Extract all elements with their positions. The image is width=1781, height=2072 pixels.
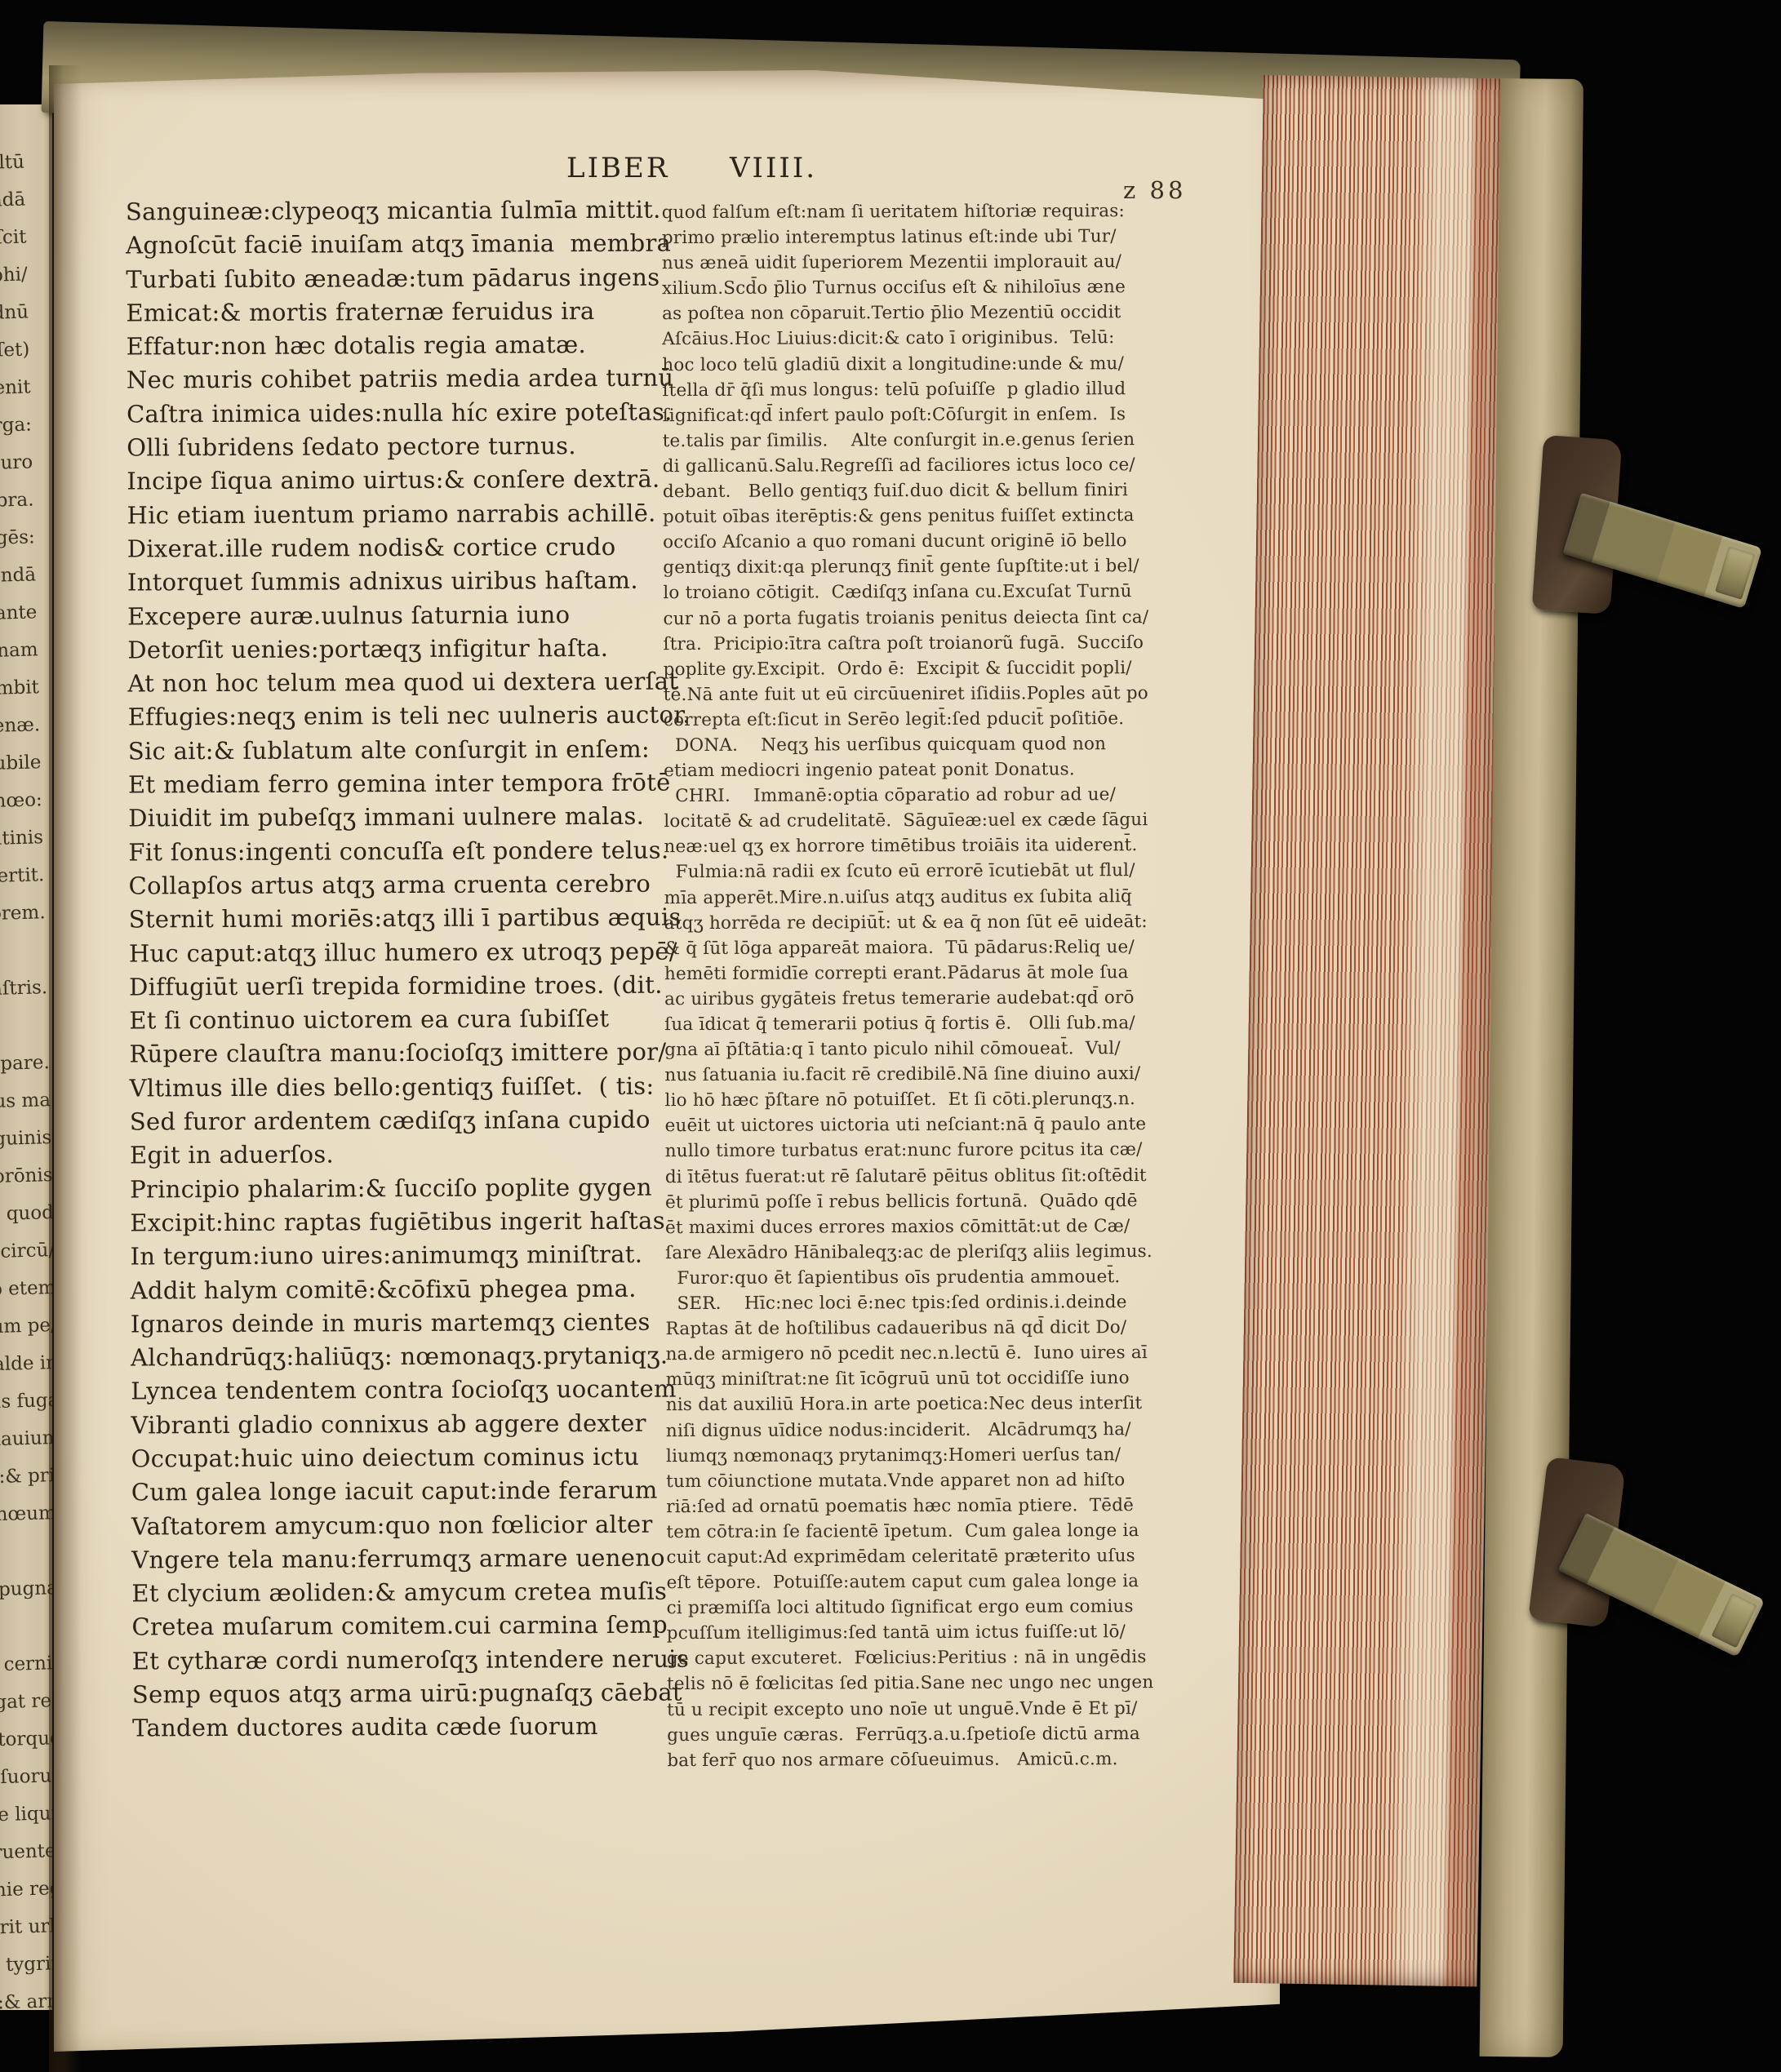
commentary-line: te.talis par ſimilis. Alte conſurgit in.… [663, 427, 1195, 454]
verse-line: Cum galea longe iacuit caput:inde feraru… [131, 1474, 693, 1510]
fragment-line: qʒ ruentes. [17, 1832, 52, 1871]
commentary-line: ſtella dr̄ q̄ſi mus longus: telū poſuiſſ… [662, 376, 1194, 403]
commentary-line: etiam mediocri ingenio pateat ponit Dona… [664, 756, 1196, 783]
fragment-line: aurea terga: [0, 406, 33, 445]
fragment-line: ritate orōnis [0, 1156, 52, 1196]
verse-line: Addit halym comitē:&cōfixū phegea pma. [131, 1271, 692, 1307]
verse-line: Intorquet ſummis adnixus uiribus haſtam. [127, 564, 689, 600]
commentary-line: tum cōiunctione mutata.Vnde apparet non … [666, 1467, 1198, 1494]
fragment-line: ia membra. [0, 481, 34, 520]
fragment-line: alarica uenit [0, 368, 31, 407]
verse-line: Nec muris cohibet patriis media ardea tu… [127, 362, 688, 397]
verse-line: Principio phalarim:& ſucciſo poplite gyg… [130, 1170, 691, 1206]
commentary-line: nus æneā uidit ſuperiorem Mezentii implo… [662, 249, 1194, 276]
fragment-line: s agat res: [13, 1682, 52, 1721]
clasp-brass-tip [1712, 1593, 1757, 1648]
verse-line: Vltimus ille dies bello:gentiqʒ fuiſſet.… [130, 1069, 691, 1105]
commentary-line: locitatē & ad crudelitatē. Sāguīeæ:uel e… [664, 807, 1196, 834]
commentary-line: correpta eſt:ſicut in Serēo legit̄:ſed p… [664, 706, 1196, 733]
commentary-line: neæ:uel qʒ ex horrore timētibus troiāis … [664, 832, 1196, 859]
verse-line: Excepere auræ.uulnus ſaturnia iuno [127, 597, 689, 633]
commentary-line: ge caput excuteret. Fœlicius:Peritius : … [667, 1644, 1199, 1671]
verse-line: Occupat:huic uino deiectum cominus ictu [131, 1440, 693, 1475]
verse-line: Caſtra inimica uides:nulla híc exire pot… [127, 395, 688, 431]
fragment-line: fixa ſub altū [0, 144, 25, 183]
fragment-line: nam cum pe/ [2, 1307, 52, 1346]
fragment-line [11, 1607, 52, 1646]
verse-line: Effugies:neqʒ enim is teli nec uulneris … [128, 699, 690, 734]
commentary-line: niſi dignus uīdice nodus:inciderit. Alcā… [666, 1416, 1198, 1443]
commentary-line: tem cōtra:in ſe facientē īpetum. Cum gal… [666, 1518, 1198, 1545]
verse-line: Semp equos atqʒ arma uirū:pugnaſqʒ cāeba… [132, 1676, 694, 1712]
verse-line: At non hoc telum mea quod ui dextera uer… [127, 665, 689, 701]
verse-line: Rūpere clauſtra manu:ſocioſqʒ imittere p… [129, 1036, 691, 1071]
verse-text-column: Sanguineæ:clypeoqʒ micantia ſulmīa mitti… [126, 193, 694, 1746]
commentary-line: euēit ut uictores uictoria uti neſciant:… [665, 1111, 1197, 1138]
fragment-line: b hoibus fuga [5, 1382, 52, 1421]
fragment-line [0, 931, 47, 970]
verse-line: Vngere tela manu:ferrumqʒ armare ueneno [131, 1541, 693, 1577]
fragment-line: olibus ante [0, 593, 38, 632]
fragment-line: rpore cernit: [12, 1644, 52, 1684]
verse-line: Collapſos artus atqʒ arma cruenta cerebr… [128, 867, 690, 903]
verse-line: Diffugiūt uerſi trepida formidine troes.… [129, 968, 691, 1004]
fore-edge-red-pages [1233, 75, 1507, 1986]
fragment-line [0, 1006, 49, 1045]
commentary-line: na.de armigero nō pcedit nec.n.lectū ē. … [666, 1340, 1198, 1367]
verse-line: Huc caput:atqʒ illuc humero ex utroqʒ pe… [129, 934, 691, 970]
running-title-book-number: VIIII. [730, 152, 817, 184]
fragment-line: ſternit aphi/ [0, 255, 28, 295]
verse-line: Olli ſubridens ſedato pectore turnus. [127, 429, 688, 465]
verse-line: Sternit humi moriēs:atqʒ illi ī partibus… [129, 901, 691, 937]
commentary-line: as poſtea non cōparuit.Tertio p̄lio Meze… [662, 299, 1194, 326]
verse-line: Sed furor ardentem cædiſqʒ inſana cupido [130, 1103, 691, 1139]
fragment-line: copia pugnæ [10, 1569, 52, 1608]
verse-line: Ignaros deinde in muris martemqʒ cientes [131, 1305, 692, 1341]
fragment-line: nertia tygrim. [20, 1945, 52, 1984]
fragment-line: tus.i.ualde in [3, 1344, 52, 1383]
verse-line: Tandem ductores audita cæde ſuorum [132, 1710, 694, 1746]
commentary-line: di gallicanū.Salu.Regreſſi ad faciliores… [663, 452, 1195, 479]
verse-line: Sic ait:& ſublatum alte conſurgit in enſ… [128, 732, 690, 768]
book-photograph: { "header": { "book_label": "LIBER", "bo… [0, 0, 1781, 2072]
fragment-line: qʒ ſuorum [15, 1757, 52, 1796]
facing-page-text-fragments: fixa ſub altūulneris undānone tepeſcitſt… [0, 144, 52, 2010]
commentary-line: primo prælio interemptus latinus eſt:ind… [662, 224, 1194, 251]
verse-line: Et cytharæ cordi numeroſqʒ intendere ner… [132, 1642, 694, 1678]
commentary-line: & q̄ ſūt lōga appareāt maiora. Tū pādaru… [664, 934, 1197, 961]
commentary-line: gna aī p̄ſtātia:q ī tanto piculo nihil c… [664, 1036, 1197, 1063]
commentary-line: debant. Bello gentiqʒ fuiſ.duo dicit & b… [663, 477, 1195, 504]
commentary-line: tē.Nā ante fuit ut eū circūueniret iſidi… [664, 681, 1196, 708]
commentary-line: lio hō hæc p̄ſtare nō potuiſſet. Et ſi c… [664, 1086, 1197, 1113]
fragment-line: ectore uertit. [0, 856, 45, 895]
commentary-line: telis nō ē fœlicitas ſed pitia.Sane nec … [667, 1670, 1199, 1697]
fragment-line: ementē.(dnū [0, 293, 29, 332]
fragment-line [9, 1532, 52, 1571]
fragment-line: amine liquit. [16, 1795, 52, 1834]
fragment-line: re quondā [0, 556, 37, 595]
fragment-line: no uel quod [0, 1194, 52, 1233]
fragment-line: rē ſanguinis [0, 1119, 52, 1158]
commentary-line: gentiqʒ dixit:qa plerunqʒ finit̄ gente ſ… [663, 553, 1195, 580]
commentary-line: ſare Alexādro Hānibaleqʒ:ac de pleriſqʒ … [665, 1239, 1197, 1266]
fragment-line: ſit:& arma [21, 1982, 52, 2010]
commentary-line: di ītētus fuerat:ut rē ſalutarē pēitus o… [665, 1162, 1197, 1189]
fragment-line: ſi ſuos ſupare. [0, 1044, 50, 1083]
fragment-line: ſe refert:& pri/ [7, 1457, 52, 1496]
fragment-line: t̄ harenæ. [0, 706, 41, 745]
fragment-line: rdine torquet [14, 1719, 52, 1759]
commentary-line: ſua īdicat q̄ temerarii potius q̄ fortis… [664, 1010, 1197, 1037]
commentary-line: ēt maximi duces errores maxios cōmittāt:… [665, 1213, 1197, 1240]
verse-line: Effatur:non hæc dotalis regia amatæ. [127, 328, 688, 364]
commentary-line: potuit oības iterēptis:& gens penitus fu… [663, 503, 1195, 530]
fragment-line: ireſqʒ latinis [0, 819, 44, 858]
verse-line: Turbati ſubito æneadæ:tum pādarus ingens [126, 260, 687, 296]
commentary-line: occiſo Aſcanio a quo romani ducunt origi… [663, 528, 1195, 555]
verse-line: Cretea muſarum comitem.cui carmina ſemp [131, 1608, 693, 1644]
commentary-text-column: quod falſum eſt:nam ſi ueritatem hiſtori… [662, 198, 1200, 1773]
verse-line: Alchandrūqʒ:haliūqʒ: nœmonaqʒ.prytaniqʒ. [131, 1339, 692, 1375]
commentary-line: ſtra. Pricipio:ītra caſtra poſt troianor… [663, 629, 1195, 656]
verse-line: Et clycium æoliden:& amycum cretea muſis [131, 1575, 693, 1611]
commentary-line: DONA. Neqʒ his uerſibus quicquam quod no… [664, 731, 1196, 758]
verse-line: Egit in aduerſos. [130, 1137, 691, 1173]
fragment-line: Typhœum. [7, 1494, 52, 1533]
commentary-line: Furor:quo ēt ſapientibus oīs prudentia a… [665, 1264, 1197, 1291]
commentary-line: cuit caput:Ad exprimēdam celeritatē præt… [666, 1543, 1198, 1570]
verse-line: Agnoſcūt faciē inuiſam atqʒ īmania membr… [126, 227, 687, 263]
commentary-line: eſt tēpore. Potuiſſe:autem caput cum gal… [666, 1568, 1198, 1595]
clasp-brass-strap [1558, 1513, 1765, 1657]
commentary-line: bat ferr̄ quo nos armare cōſueuimus. Ami… [667, 1746, 1199, 1773]
verse-line: Detorſit uenies:portæqʒ infigitur haſta. [127, 631, 689, 667]
commentary-line: CHRI. Immanē:optia cōparatio ad robur ad… [664, 782, 1196, 809]
commentary-line: Raptas āt de hoſtilibus cadaueribus nā q… [665, 1315, 1197, 1342]
verse-line: Fit ſonus:ingenti concuſſa eſt pondere t… [128, 833, 690, 869]
commentary-line: hoc loco telū gladiū dixit a longitudine… [662, 350, 1194, 377]
fragment-line: is & auro [0, 443, 33, 482]
fragment-line: recumbit [0, 668, 40, 708]
commentary-line: Aſcāius.Hoc Liuius:dicit:& cato ī origin… [662, 325, 1194, 352]
fragment-line: cluſerit urbi: [20, 1907, 52, 1946]
fragment-line: phœo: [0, 781, 42, 820]
verse-line: Et mediam ferro gemina inter tempora frō… [128, 766, 690, 802]
commentary-line: liumqʒ nœmonaqʒ prytanimqʒ:Homeri uerſus… [666, 1441, 1198, 1468]
commentary-line: xilium.Scd̄o p̄lio Turnus occiſus eſt & … [662, 274, 1194, 301]
verse-line: Hic etiam iuentum priamo narrabis achill… [127, 496, 688, 532]
verse-line: Diuidit im pubeſqʒ immani uulnere malas. [128, 800, 690, 836]
commentary-line: lo troiano cōtigit. Cædiſqʒ inſana cu.Ex… [663, 579, 1195, 606]
commentary-line: nus ſatuania iu.facit rē credibilē.Nā ſi… [664, 1061, 1197, 1088]
fragment-line: ruinam [0, 631, 38, 670]
fragment-line: none tepeſcit [0, 219, 27, 258]
clasp-top [1533, 437, 1781, 641]
commentary-line: ſignificat:qd̄ infert paulo poſt:Cōſurgi… [663, 402, 1195, 428]
verse-line: Et ſi continuo uictorem ea cura ſubiſſet [129, 1002, 691, 1038]
commentary-line: ēt plurimū poſſe ī rebus bellicis fortun… [665, 1188, 1197, 1215]
verse-line: Dixerat.ille rudem nodis& cortice crudo [127, 530, 689, 566]
commentary-line: atqʒ horrēda re decipiūt̄: ut & ea q̄ no… [664, 908, 1197, 935]
gutter-shadow [49, 65, 82, 2072]
commentary-line: ci præmiſſa loci altitudo ſignificat erg… [667, 1594, 1199, 1621]
verse-line: Vaſtatorem amycum:quo non fœlicior alter [131, 1507, 693, 1543]
fragment-line: e ſtupa circū/ [1, 1231, 52, 1271]
clasp-brass-tip [1715, 546, 1755, 599]
fragment-line: ommotus ma [0, 1081, 51, 1120]
commentary-line: riā:ſed ad ornatū poematis hæc nomīa pti… [666, 1493, 1198, 1520]
verse-line: Sanguineæ:clypeoqʒ micantia ſulmīa mitti… [126, 193, 687, 229]
verse-line: Excipit:hinc raptas fugiētibus ingerit h… [130, 1204, 691, 1240]
commentary-line: mīa apperēt.Mire.n.uiſus atqʒ auditus ex… [664, 883, 1197, 910]
commentary-line: cur nō a porta fugatis troianis penitus … [663, 604, 1195, 631]
commentary-line: ac uiribus gygāteis fretus temerarie aud… [664, 985, 1197, 1012]
fragment-line: ulneris undā [0, 181, 26, 220]
running-title-liber: LIBER [566, 152, 669, 184]
verse-line: Vibranti gladio connixus ab aggere dexte… [131, 1406, 692, 1442]
verse-line: In tergum:iuno uires:animumqʒ miniſtrat. [130, 1238, 691, 1274]
commentary-line: Fulmia:nā radii ex ſcuto eū errorē īcuti… [664, 858, 1196, 885]
fragment-line: tonat ingēs: [0, 518, 35, 557]
fragment-line: ō agmie regē [18, 1870, 52, 1909]
fragment-line: iqʒ cubile [0, 743, 42, 783]
commentary-line: gues unguīe cæras. Ferrūqʒ.a.u.ſpetioſe … [667, 1720, 1199, 1747]
verse-line: Incipe ſiqua animo uirtus:& conſere dext… [127, 463, 688, 499]
fragment-line: tione nauium [6, 1419, 52, 1458]
clasp-bottom [1533, 1461, 1781, 1706]
book-page: LIBER VIIII. z 88 Sanguineæ:clypeoqʒ mic… [54, 70, 1280, 2052]
commentary-line: poplite gy.Excipit. Ordo ē: Excipit & ſu… [664, 655, 1196, 682]
commentary-line: tū u recipit excepto uno noīe ut unguē.V… [667, 1695, 1199, 1722]
commentary-line: quod falſum eſt:nam ſi ueritatem hiſtori… [662, 198, 1194, 225]
fragment-line: ē de caſtris. [0, 969, 48, 1008]
commentary-line: mūqʒ miniſtrat:ne ſit īcōgruū unū tot oc… [666, 1365, 1198, 1392]
facing-page-edge: fixa ſub altūulneris undānone tepeſcitſt… [0, 104, 52, 2010]
commentary-line: nis dat auxiliū Hora.in arte poetica:Nec… [666, 1391, 1198, 1418]
fragment-line: ille dediſſet) [0, 331, 30, 370]
verse-line: Lyncea tendentem contra ſocioſqʒ uocante… [131, 1373, 692, 1409]
verse-line: Emicat:& mortis fraternæ feruidus ira [126, 294, 687, 330]
commentary-line: SER. Hīc:nec loci ē:nec tpis:ſed ordinis… [665, 1289, 1197, 1316]
commentary-line: hemēti formidīe correpti erant.Pādarus ā… [664, 960, 1197, 987]
fragment-line: qʒ timorem. [0, 894, 46, 933]
commentary-line: pcuſſum itelligimus:ſed tantā uim ictus … [667, 1619, 1199, 1646]
commentary-line: nullo timore turbatus erat:nunc furore p… [665, 1137, 1197, 1164]
fragment-line: t cū p etem [2, 1269, 52, 1308]
